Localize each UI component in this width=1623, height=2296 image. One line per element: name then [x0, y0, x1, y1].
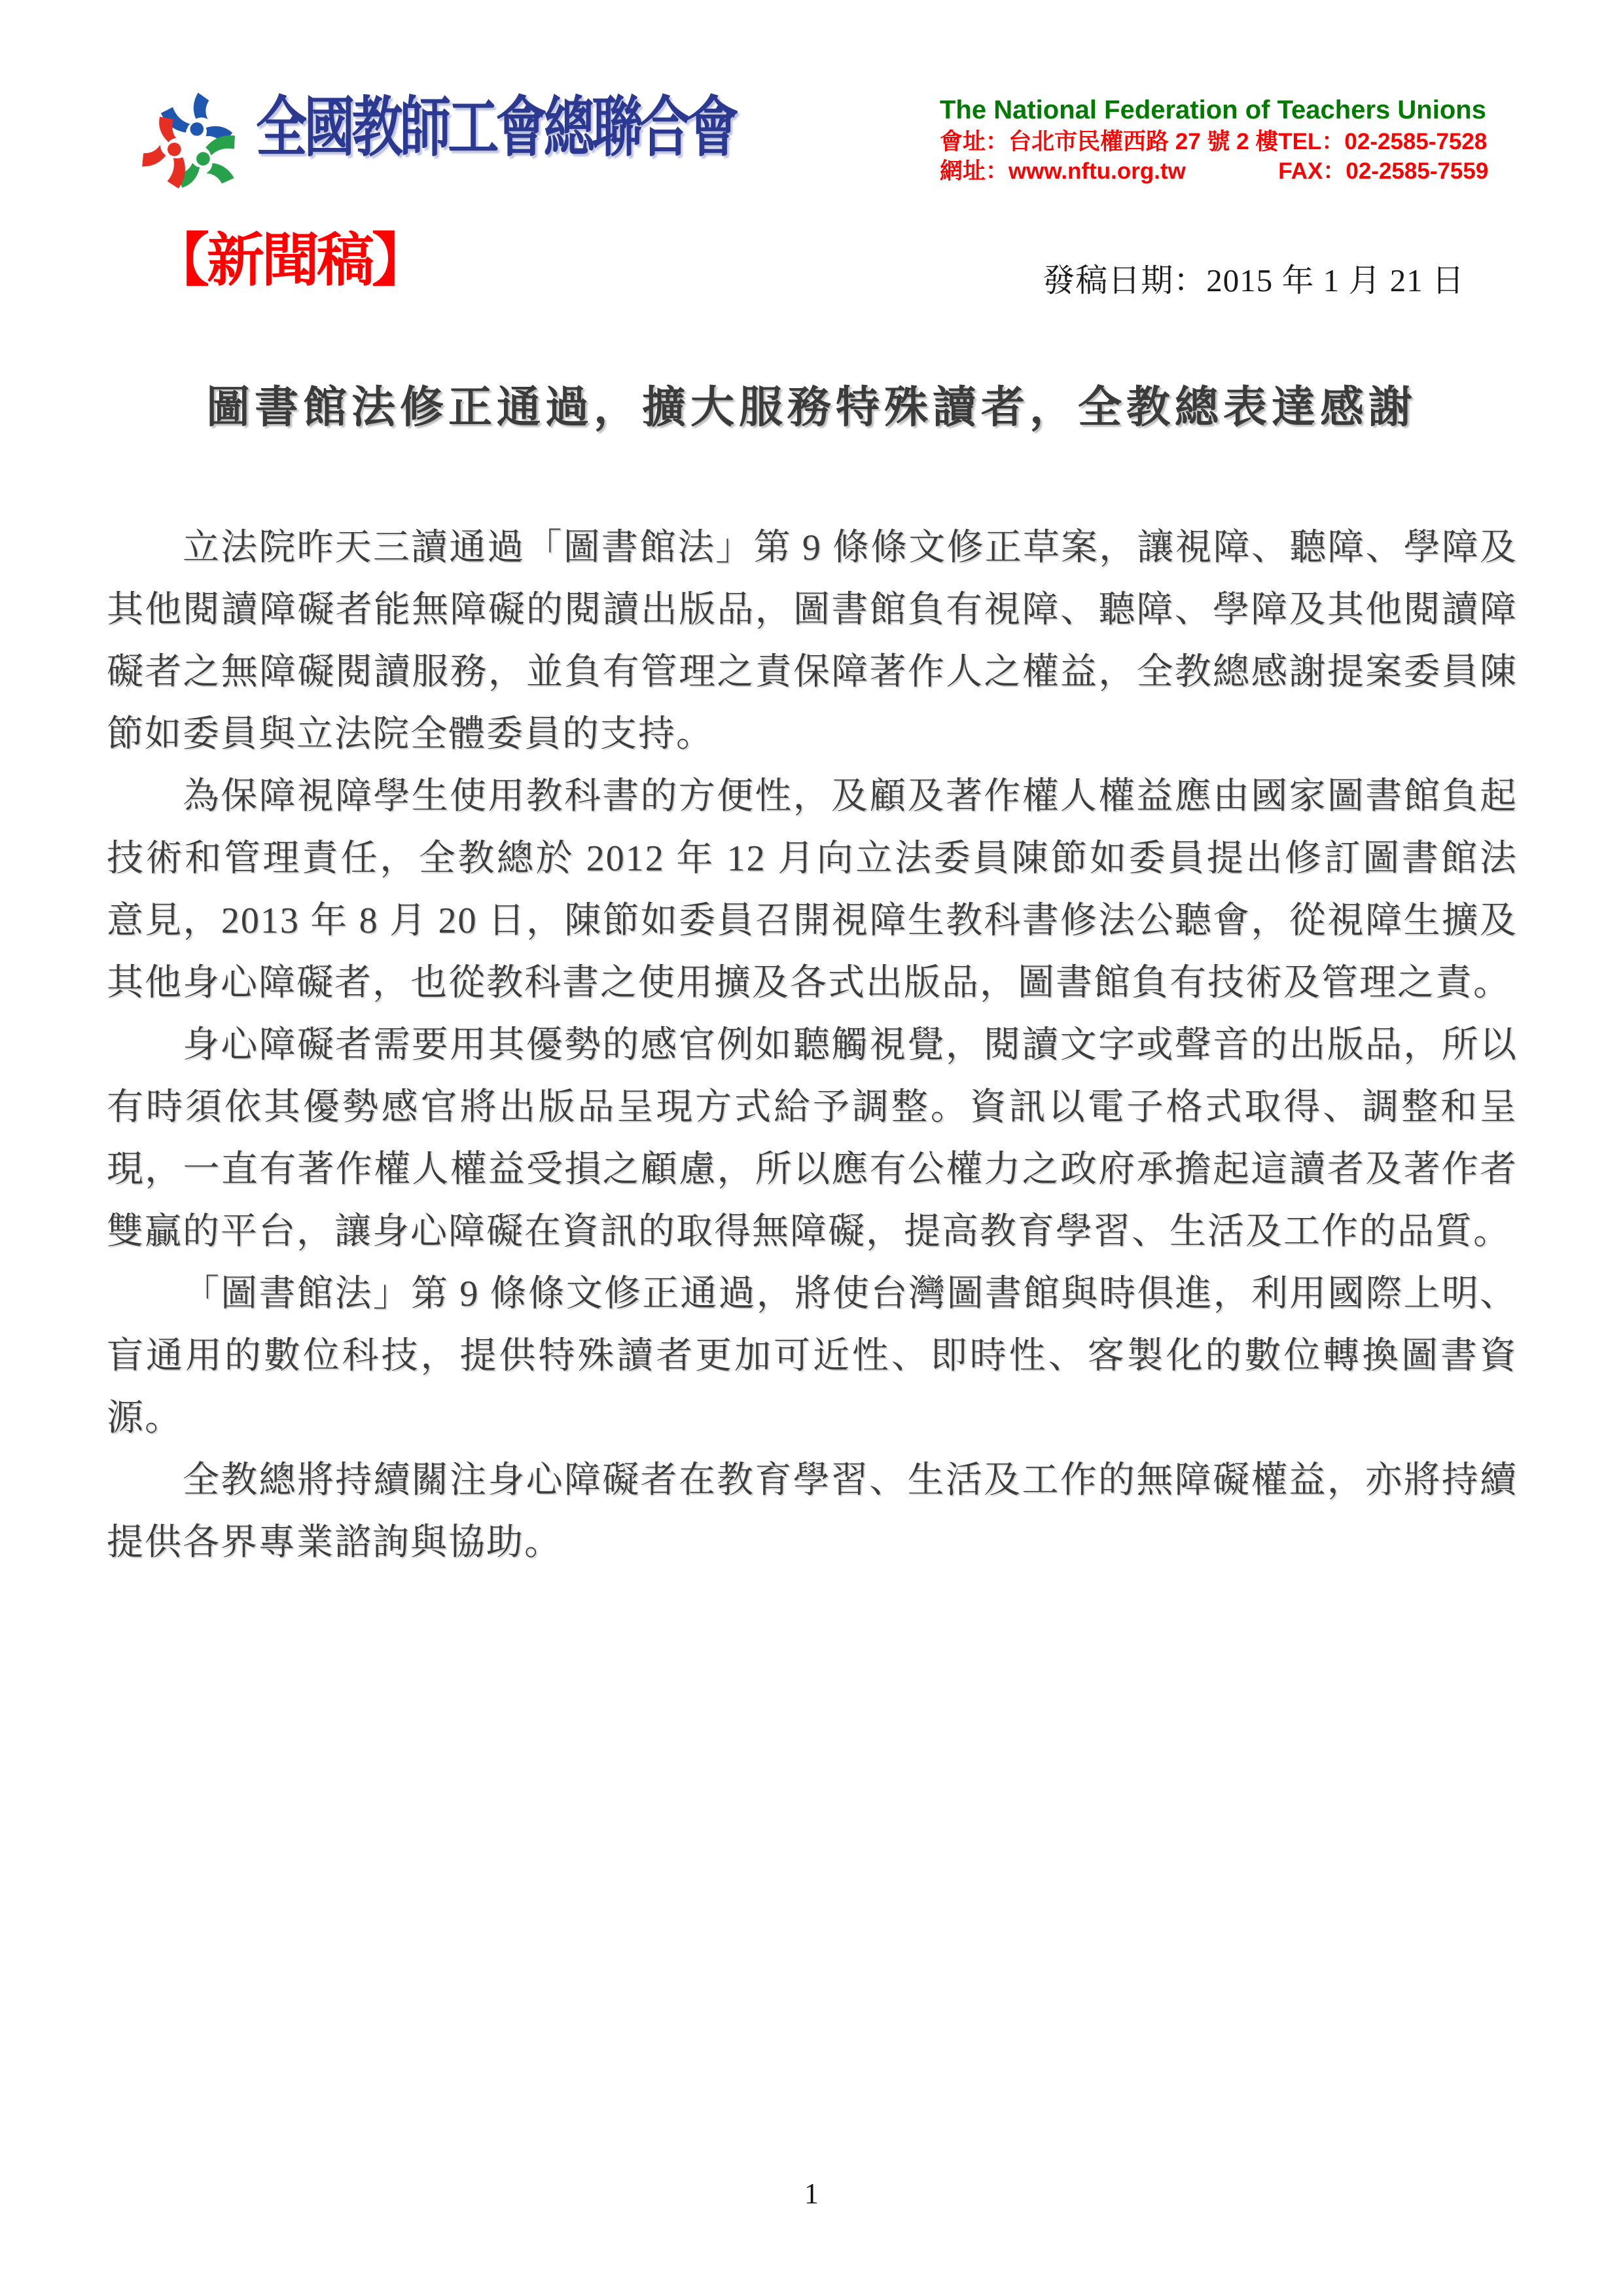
press-release-paragraph: 為保障視障學生使用教科書的方便性，及顧及著作權人權益應由國家圖書館負起技術和管理…	[107, 766, 1518, 1014]
fax-line: FAX：02-2585-7559	[1278, 156, 1488, 186]
contact-grid: 會址：台北市民權西路 27 號 2 樓 網址：www.nftu.org.tw T…	[940, 127, 1463, 186]
org-name-en: The National Federation of Teachers Unio…	[940, 96, 1463, 124]
tel-line: TEL：02-2585-7528	[1278, 127, 1488, 156]
website-line: 網址：www.nftu.org.tw	[940, 156, 1278, 186]
release-date: 發稿日期：2015 年 1 月 21 日	[1043, 255, 1465, 301]
nftu-logo-icon	[137, 84, 245, 198]
header-logo: 全國教師工會總聯合會	[137, 84, 871, 198]
doc-type-label: 【新聞稿】	[152, 233, 427, 291]
org-name-zh: 全國教師工會總聯合會	[256, 96, 736, 161]
address-line: 會址：台北市民權西路 27 號 2 樓	[940, 127, 1278, 156]
header-contact-block: The National Federation of Teachers Unio…	[940, 96, 1463, 186]
press-release-paragraph: 「圖書館法」第 9 條條文修正通過，將使台灣圖書館與時俱進，利用國際上明、盲通用…	[107, 1263, 1518, 1450]
press-release-paragraph: 立法院昨天三讀通過「圖書館法」第 9 條條文修正草案，讓視障、聽障、學障及其他閱…	[107, 517, 1518, 766]
press-release-paragraph: 全教總將持續關注身心障礙者在教育學習、生活及工作的無障礙權益，亦將持續提供各界專…	[107, 1450, 1518, 1574]
press-release-body: 立法院昨天三讀通過「圖書館法」第 9 條條文修正草案，讓視障、聽障、學障及其他閱…	[107, 517, 1518, 1574]
press-release-paragraph: 身心障礙者需要用其優勢的感官例如聽觸視覺，閱讀文字或聲音的出版品，所以有時須依其…	[107, 1014, 1518, 1263]
page-title: 圖書館法修正通過，擴大服務特殊讀者，全教總表達感謝	[108, 380, 1515, 437]
press-release-page: 全國教師工會總聯合會 The National Federation of Te…	[0, 0, 1623, 2296]
page-number: 1	[0, 2177, 1623, 2210]
